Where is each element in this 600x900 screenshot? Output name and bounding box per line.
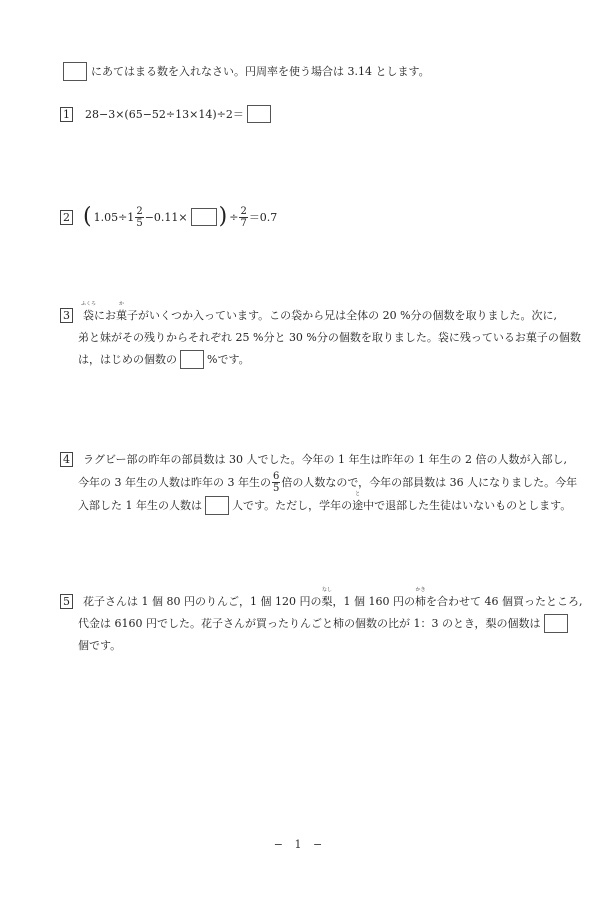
close-paren: ) [219, 207, 228, 227]
ruby-nashi: 梨 なし [321, 593, 332, 609]
instructions: にあてはまる数を入れなさい。円周率を使う場合は 3.14 とします。 [63, 61, 430, 81]
exam-page: にあてはまる数を入れなさい。円周率を使う場合は 3.14 とします。 1 28−… [0, 0, 600, 900]
q1-expression: 28−3×(65−52÷13×14)÷2＝ [85, 106, 244, 122]
q2-part-c: ÷ [229, 211, 238, 224]
question-number: 1 [60, 107, 73, 122]
open-paren: ( [83, 207, 92, 227]
answer-box[interactable] [544, 614, 568, 633]
ruby-fukuro: 袋 ふくろ [83, 307, 94, 323]
answer-box[interactable] [191, 208, 217, 226]
question-5: 5 花子さんは 1 個 80 円のりんご，1 個 120 円の 梨 なし ，1 … [60, 590, 582, 656]
ruby-ka: 菓 か [116, 307, 127, 323]
ruby-to: 途 と [352, 497, 363, 513]
answer-box[interactable] [247, 105, 271, 123]
q2-part-d: ＝0.7 [249, 209, 278, 225]
question-3: 3 袋 ふくろ にお 菓 か 子がいくつか入っています。この袋から兄は全体の 2… [60, 304, 581, 370]
question-4: 4 ラグビー部の昨年の部員数は 30 人でした。今年の 1 年生は昨年の 1 年… [60, 448, 577, 516]
q2-part-b: −0.11× [145, 211, 188, 224]
answer-box-example [63, 62, 87, 81]
question-number: 4 [60, 452, 73, 467]
answer-box[interactable] [180, 350, 204, 369]
question-number: 2 [60, 210, 73, 225]
fraction-6-5: 6 5 [272, 471, 280, 494]
answer-box[interactable] [205, 496, 229, 515]
q2-part-a: 1.05÷1 [94, 211, 135, 224]
page-number: − 1 − [0, 838, 600, 851]
fraction-2-5: 2 5 [135, 206, 143, 229]
question-number: 3 [60, 308, 73, 323]
question-2: 2 ( 1.05÷1 2 5 −0.11× ) ÷ 2 7 ＝0.7 [60, 202, 277, 232]
question-1: 1 28−3×(65−52÷13×14)÷2＝ [60, 103, 271, 125]
ruby-kaki: 柿 かき [415, 593, 426, 609]
question-number: 5 [60, 594, 73, 609]
instructions-text: にあてはまる数を入れなさい。円周率を使う場合は 3.14 とします。 [91, 63, 430, 79]
fraction-2-7: 2 7 [239, 206, 247, 229]
